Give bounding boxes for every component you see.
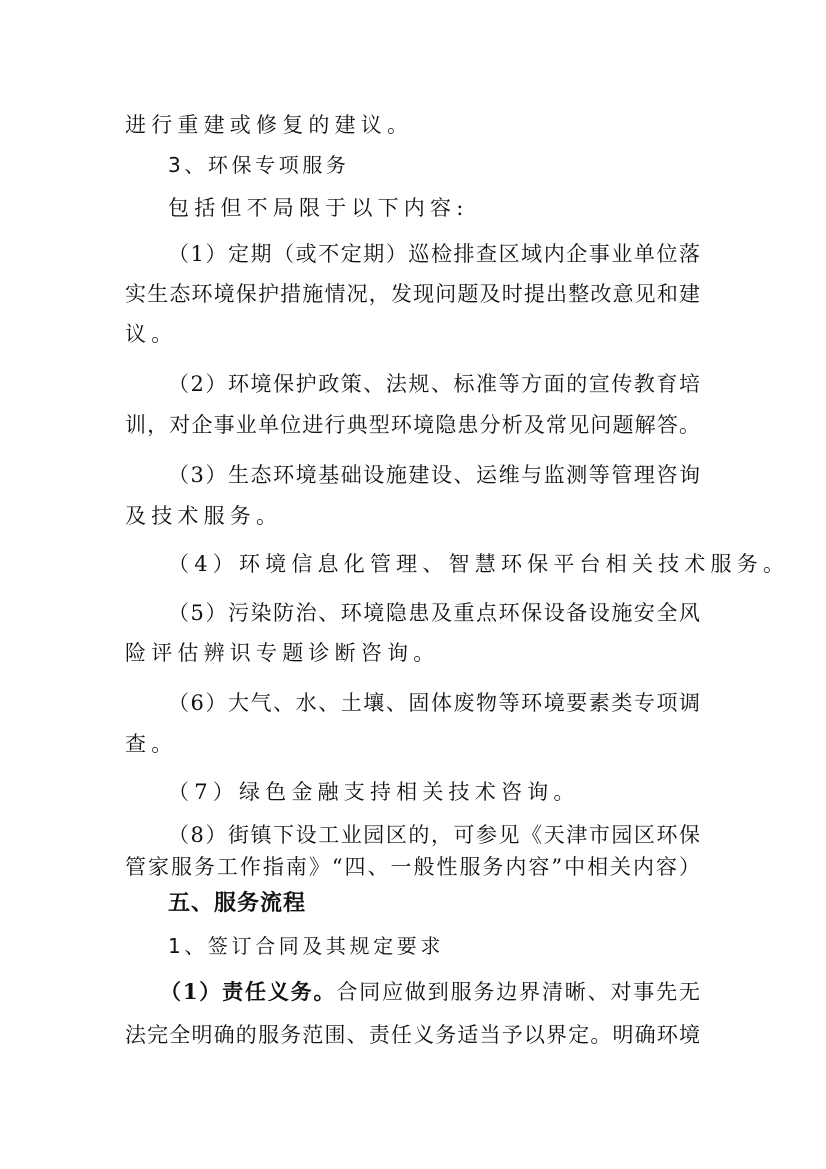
subsection-heading-1: 1、签订合同及其规定要求	[168, 932, 708, 960]
paragraph-line: 法完全明确的服务范围、责任义务适当予以界定。明确环境	[125, 1021, 700, 1049]
list-item-1-line: （1）定期（或不定期）巡检排查区域内企事业单位落	[168, 240, 700, 268]
list-item-1-line: 议。	[125, 320, 705, 348]
list-item-8-line: 管家服务工作指南》“四、一般性服务内容”中相关内容）	[125, 853, 700, 881]
paragraph-line: （1）责任义务。合同应做到服务边界清晰、对事先无	[160, 978, 700, 1006]
list-item-6-line: 查。	[125, 730, 705, 758]
list-item-7-line: （7）绿色金融支持相关技术咨询。	[168, 778, 708, 806]
list-item-8-line: （8）街镇下设工业园区的，可参见《天津市园区环保	[168, 821, 700, 849]
list-item-1-line: 实生态环境保护措施情况，发现问题及时提出整改意见和建	[125, 280, 700, 308]
subsection-heading-3: 3、环保专项服务	[168, 151, 708, 179]
list-item-3-line: 及技术服务。	[125, 502, 705, 530]
list-item-5-line: （5）污染防治、环境隐患及重点环保设备设施安全风	[168, 599, 700, 627]
list-item-2-line: 训，对企事业单位进行典型环境隐患分析及常见问题解答。	[125, 411, 700, 439]
list-item-3-line: （3）生态环境基础设施建设、运维与监测等管理咨询	[168, 461, 700, 489]
list-item-5-line: 险评估辨识专题诊断咨询。	[125, 639, 705, 667]
document-page: 进行重建或修复的建议。 3、环保专项服务 包括但不局限于以下内容: （1）定期（…	[0, 0, 826, 1169]
list-item-2-line: （2）环境保护政策、法规、标准等方面的宣传教育培	[168, 370, 700, 398]
paragraph-line: 进行重建或修复的建议。	[125, 111, 705, 139]
list-item-4-line: （4）环境信息化管理、智慧环保平台相关技术服务。	[168, 550, 708, 578]
bold-lead: （1）责任义务。	[160, 979, 336, 1004]
paragraph-text: 合同应做到服务边界清晰、对事先无	[336, 980, 700, 1004]
section-heading-5: 五、服务流程	[168, 890, 708, 918]
paragraph-line: 包括但不局限于以下内容:	[168, 194, 708, 222]
list-item-6-line: （6）大气、水、土壤、固体废物等环境要素类专项调	[168, 689, 700, 717]
